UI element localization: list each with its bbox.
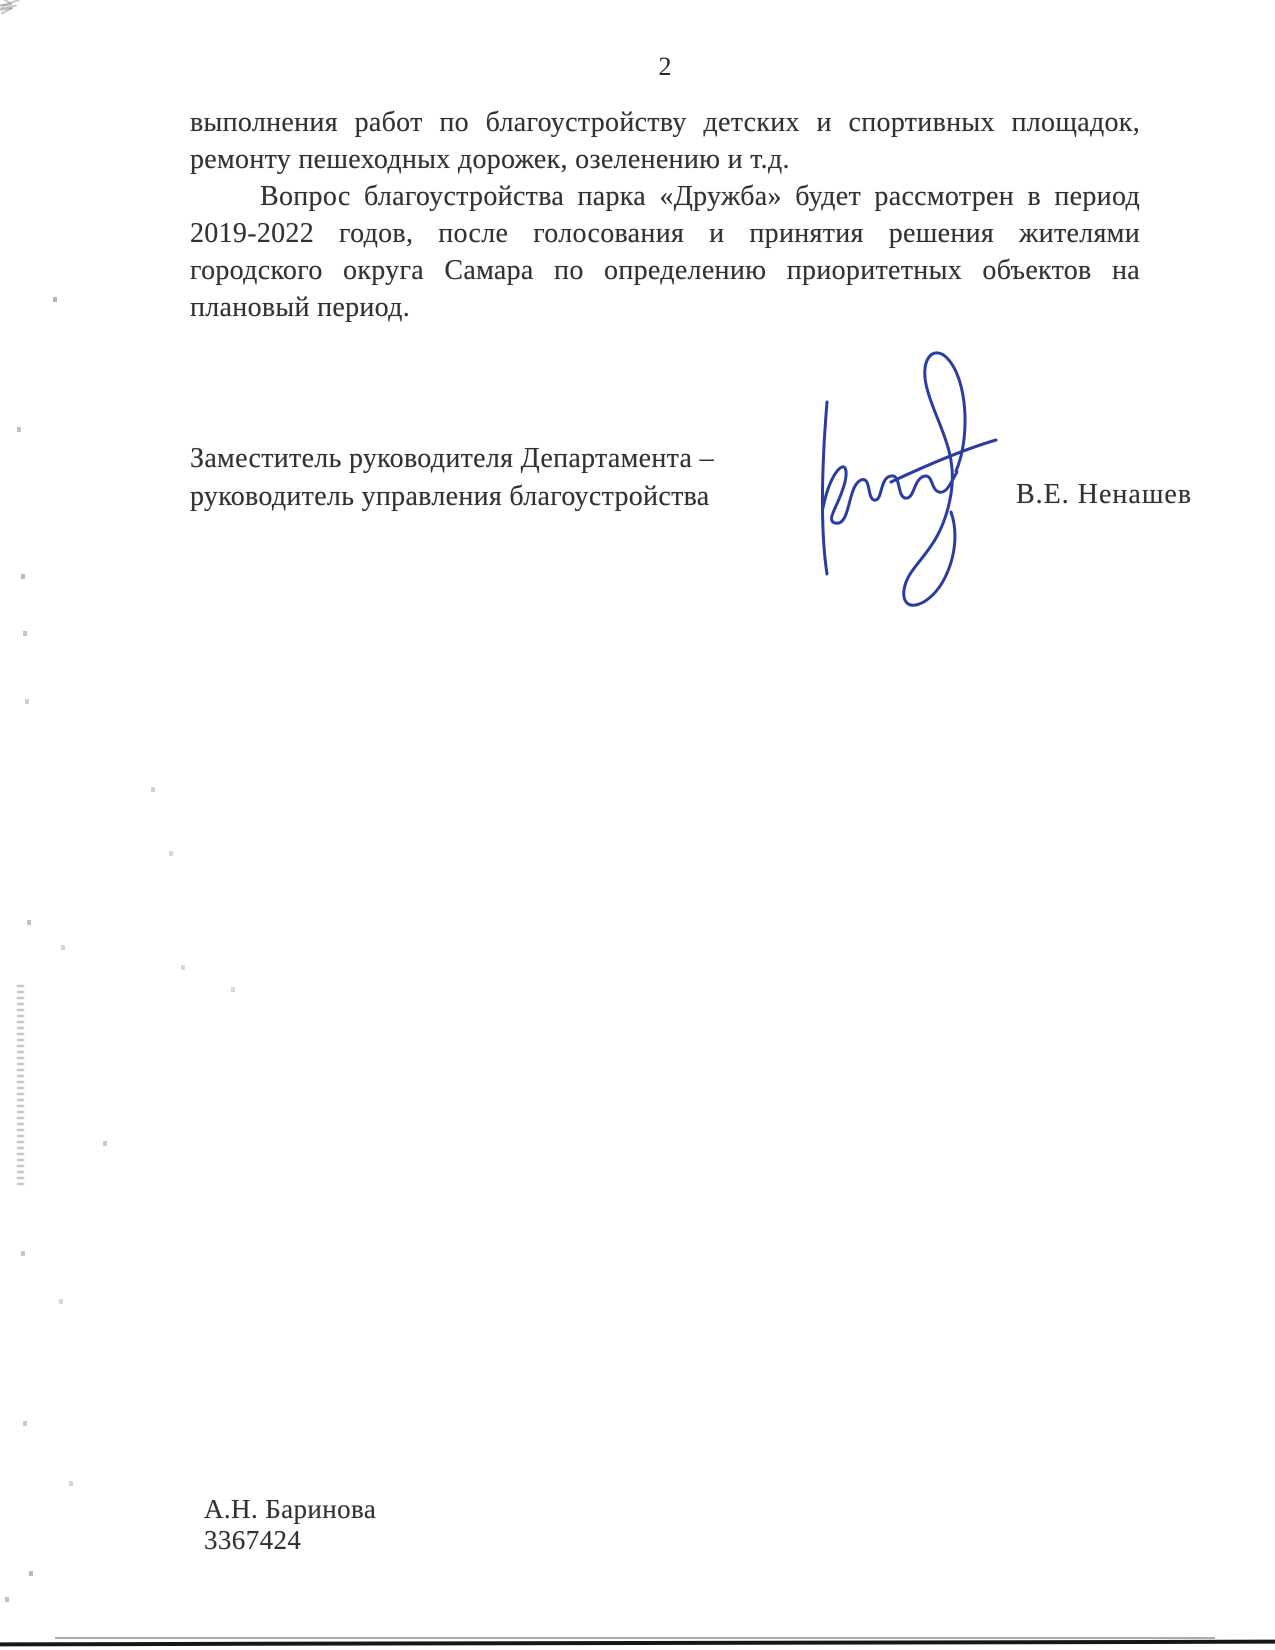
body-line: выполнения работ по благоустройству детс… [190, 104, 1140, 141]
signer-title-line-1: Заместитель руководителя Департамента – [190, 440, 765, 478]
signer-title-line-2: руководитель управления благоустройства [190, 478, 765, 516]
executor-block: А.Н. Баринова 3367424 [204, 1494, 376, 1556]
scan-noise-specks [0, 0, 2, 3]
body-line: Вопрос благоустройства парка «Дружба» бу… [190, 178, 1140, 215]
body-line: 2019-2022 годов, после голосования и при… [190, 215, 1140, 252]
executor-name: А.Н. Баринова [204, 1494, 376, 1525]
scanned-letter-page-2: 2 выполнения работ по благоустройству де… [0, 0, 1275, 1650]
signer-title: Заместитель руководителя Департамента – … [190, 440, 765, 516]
letter-body: выполнения работ по благоустройству детс… [190, 104, 1140, 326]
scan-edge-line-light [55, 1637, 1215, 1639]
handwritten-signature-ink [775, 336, 1005, 608]
signer-name: В.Е. Ненашев [1016, 478, 1192, 512]
scan-noise-strip [17, 985, 24, 1185]
scan-edge-line [0, 1640, 1275, 1647]
page-number: 2 [190, 52, 1140, 82]
signature-strokes [822, 353, 996, 605]
body-line: плановый период. [190, 289, 1140, 326]
body-line: ремонту пешеходных дорожек, озеленению и… [190, 141, 1140, 178]
body-line: городского округа Самара по определению … [190, 252, 1140, 289]
executor-phone: 3367424 [204, 1525, 376, 1556]
